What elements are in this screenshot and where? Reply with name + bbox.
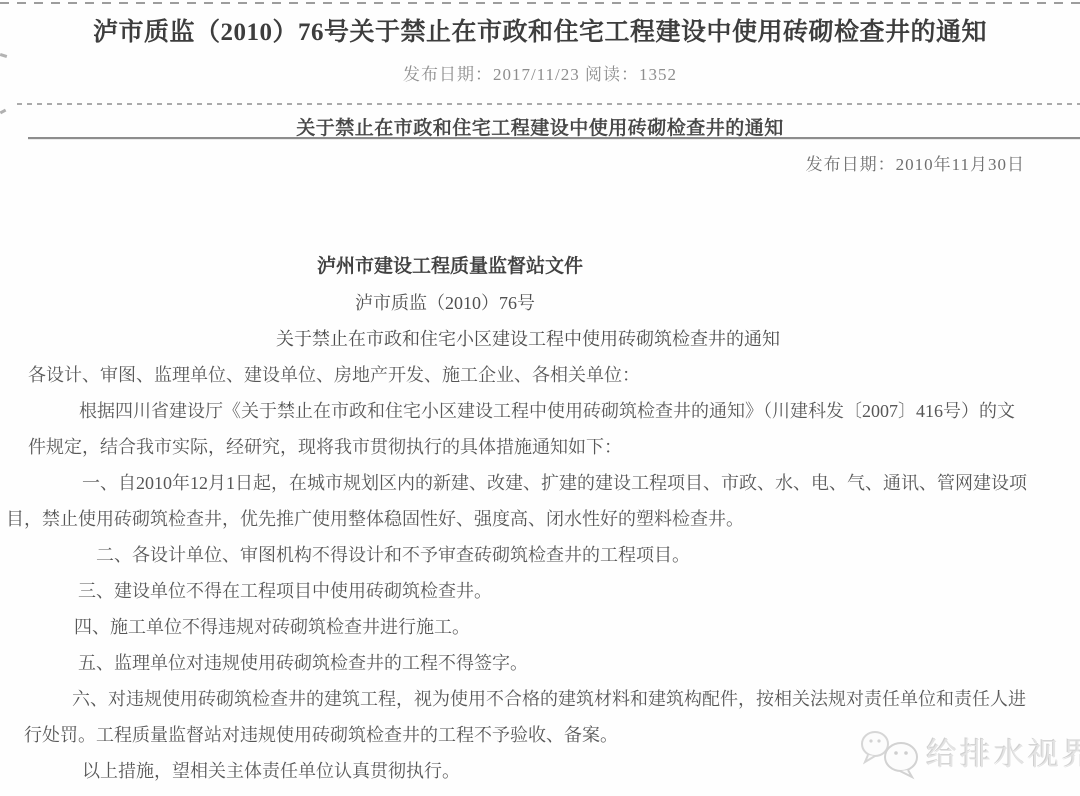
doc-line-item6-2: 行处罚。工程质量监督站对违规使用砖砌筑检查井的工程不予验收、备案。 <box>24 717 1080 753</box>
doc-line-intro-2: 件规定，结合我市实际，经研究，现将我市贯彻执行的具体措施通知如下： <box>28 429 1080 465</box>
doc-line-item2: 二、各设计单位、审图机构不得设计和不予审查砖砌筑检查井的工程项目。 <box>96 537 1080 573</box>
doc-number: 泸市质监（2010）76号 <box>0 285 890 321</box>
middle-dashed-divider <box>17 103 1080 105</box>
page-title: 泸市质监（2010）76号关于禁止在市政和住宅工程建设中使用砖砌检查井的通知 <box>0 18 1080 48</box>
article-subtitle: 关于禁止在市政和住宅工程建设中使用砖砌检查井的通知 <box>0 113 1080 140</box>
doc-line-item6-1: 六、对违规使用砖砌筑检查井的建筑工程，视为使用不合格的建筑材料和建筑构配件，按相… <box>72 681 1080 717</box>
document-body: 泸州市建设工程质量监督站文件 泸市质监（2010）76号 关于禁止在市政和住宅小… <box>0 249 1080 789</box>
top-dashed-divider <box>0 2 1080 4</box>
notice-page: 泸市质监（2010）76号关于禁止在市政和住宅工程建设中使用砖砌检查井的通知 发… <box>0 0 1080 796</box>
doc-org-title: 泸州市建设工程质量监督站文件 <box>0 249 900 285</box>
article-publish-date: 发布日期：2010年11月30日 <box>0 150 1025 175</box>
doc-line-item4: 四、施工单位不得违规对砖砌筑检查井进行施工。 <box>74 609 1080 645</box>
doc-line-closing: 以上措施，望相关主体责任单位认真贯彻执行。 <box>82 753 1080 789</box>
doc-line-salutation: 各设计、审图、监理单位、建设单位、房地产开发、施工企业、各相关单位： <box>28 357 1080 393</box>
doc-line-item1-1: 一、自2010年12月1日起，在城市规划区内的新建、改建、扩建的建设工程项目、市… <box>82 465 1080 501</box>
scan-edge-mark <box>0 53 7 58</box>
doc-line-item1-2: 目，禁止使用砖砌筑检查井，优先推广使用整体稳固性好、强度高、闭水性好的塑料检查井… <box>6 501 1080 537</box>
doc-title: 关于禁止在市政和住宅小区建设工程中使用砖砌筑检查井的通知 <box>0 321 1056 357</box>
doc-line-intro-1: 根据四川省建设厅《关于禁止在市政和住宅小区建设工程中使用砖砌筑检查井的通知》（川… <box>79 393 1080 429</box>
doc-line-item3: 三、建设单位不得在工程项目中使用砖砌筑检查井。 <box>78 573 1080 609</box>
doc-line-item5: 五、监理单位对违规使用砖砌筑检查井的工程不得签字。 <box>78 645 1080 681</box>
publish-meta: 发布日期：2017/11/23 阅读：1352 <box>0 60 1080 85</box>
